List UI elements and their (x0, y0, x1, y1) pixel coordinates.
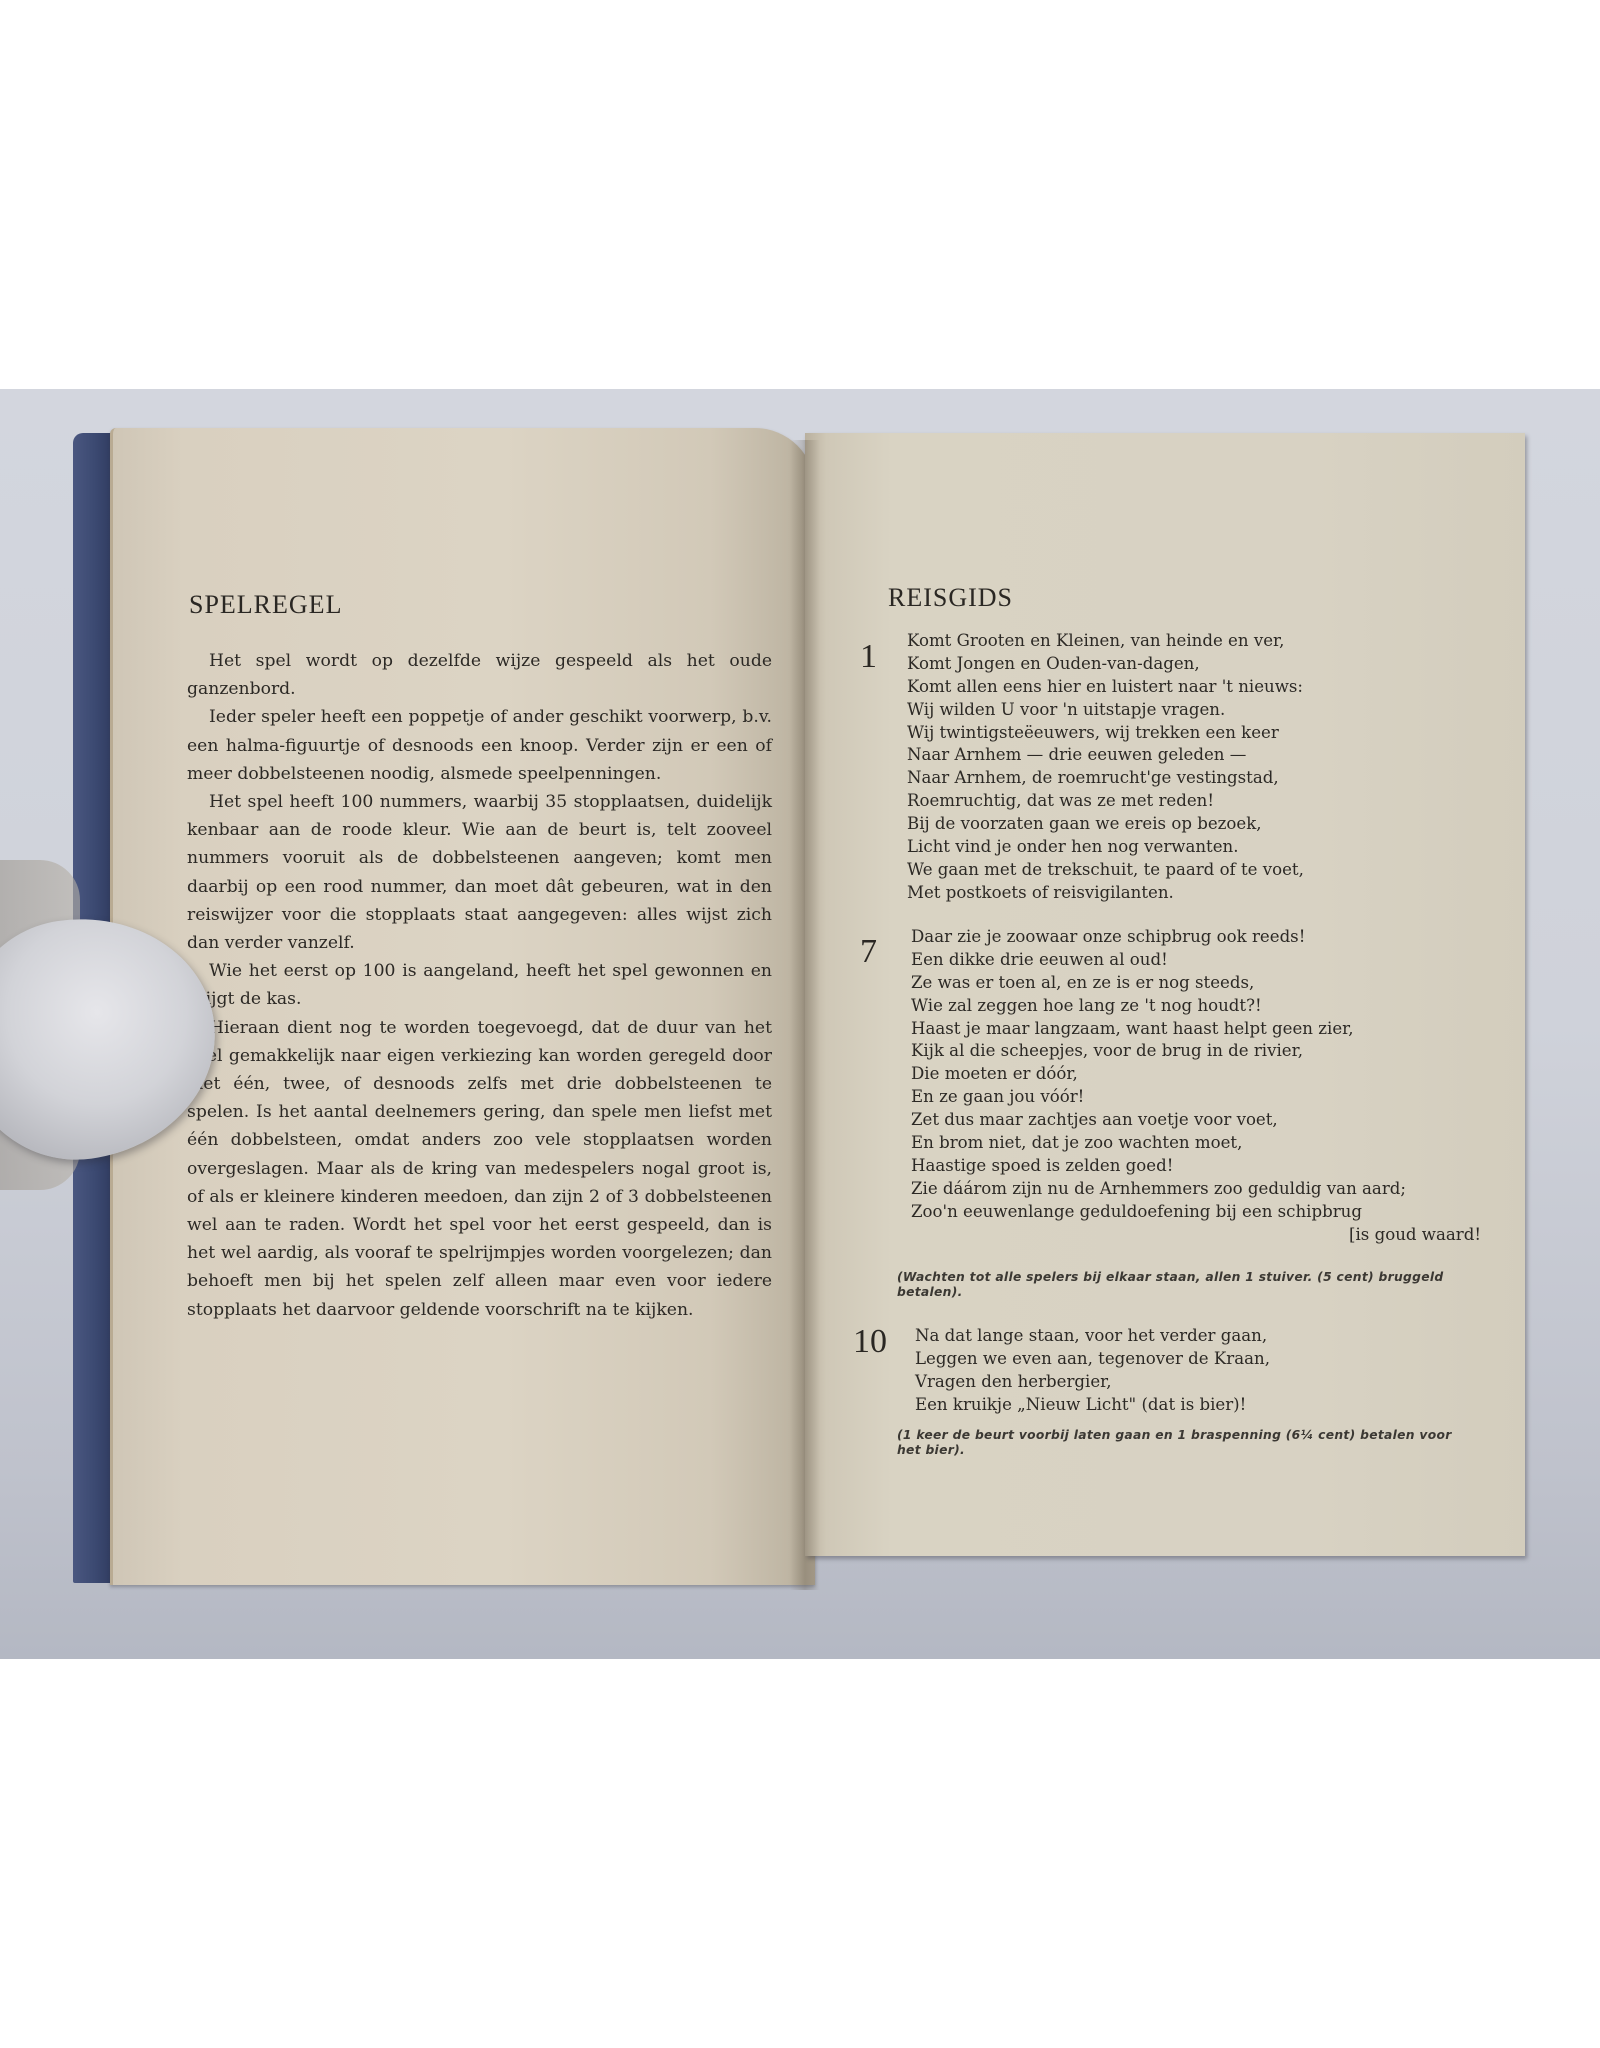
rules-paragraph: Hieraan dient nog te worden toegevoegd, … (187, 1014, 772, 1324)
verse-line: Haastige spoed is zelden goed! (911, 1155, 1481, 1178)
verse-line: Een dikke drie eeuwen al oud! (911, 949, 1481, 972)
verse-line: Zet dus maar zachtjes aan voetje voor vo… (911, 1109, 1481, 1132)
stanza-lines: Daar zie je zoowaar onze schipbrug ook r… (911, 926, 1481, 1246)
verse-line: Roemruchtig, dat was ze met reden! (907, 790, 1304, 813)
verse-line: Daar zie je zoowaar onze schipbrug ook r… (911, 926, 1481, 949)
verse-line: We gaan met de trekschuit, te paard of t… (907, 859, 1304, 882)
rules-paragraph: Het spel wordt op dezelfde wijze gespeel… (187, 647, 772, 703)
rules-text: Het spel wordt op dezelfde wijze gespeel… (187, 647, 772, 1324)
verse-line: Wij twintigsteëeuwers, wij trekken een k… (907, 722, 1304, 745)
verse-line: En brom niet, dat je zoo wachten moet, (911, 1132, 1481, 1155)
verse-line: Haast je maar langzaam, want haast helpt… (911, 1018, 1481, 1041)
verse-line: Die moeten er dóór, (911, 1063, 1481, 1086)
verse-line: Wij wilden U voor 'n uitstapje vragen. (907, 699, 1304, 722)
right-page-heading: REISGIDS (888, 583, 1013, 613)
verse-line: Met postkoets of reisvigilanten. (907, 882, 1304, 905)
right-page: REISGIDS 1 Komt Grooten en Kleinen, van … (805, 433, 1525, 1556)
verse-line: Naar Arnhem — drie eeuwen geleden — (907, 744, 1304, 767)
verse-line: Licht vind je onder hen nog verwanten. (907, 836, 1304, 859)
verse-line: Leggen we even aan, tegenover de Kraan, (915, 1348, 1270, 1371)
verse-line-continuation: [is goud waard! (911, 1224, 1481, 1247)
stanza-lines: Na dat lange staan, voor het verder gaan… (915, 1325, 1270, 1417)
rules-paragraph: Ieder speler heeft een poppetje of ander… (187, 703, 772, 788)
verse-line: Een kruikje „Nieuw Licht" (dat is bier)! (915, 1394, 1270, 1417)
rules-paragraph: Wie het eerst op 100 is aangeland, heeft… (187, 957, 772, 1013)
verse-line: En ze gaan jou vóór! (911, 1086, 1481, 1109)
stanza-note: (Wachten tot alle spelers bij elkaar sta… (897, 1270, 1477, 1300)
stanza-note: (1 keer de beurt voorbij laten gaan en 1… (897, 1428, 1477, 1458)
gutter-shadow (790, 440, 820, 1590)
verse-line: Naar Arnhem, de roemrucht'ge vestingstad… (907, 767, 1304, 790)
verse-line: Komt Grooten en Kleinen, van heinde en v… (907, 630, 1304, 653)
left-page-heading: SPELREGEL (189, 590, 342, 620)
verse-line: Zie dáárom zijn nu de Arnhemmers zoo ged… (911, 1178, 1481, 1201)
verse-line: Bij de voorzaten gaan we ereis op bezoek… (907, 813, 1304, 836)
rules-paragraph: Het spel heeft 100 nummers, waarbij 35 s… (187, 788, 772, 957)
left-page: SPELREGEL Het spel wordt op dezelfde wij… (110, 428, 815, 1585)
stanza-number: 7 (860, 933, 877, 971)
stanza-number: 10 (853, 1323, 887, 1361)
verse-line: Kijk al die scheepjes, voor de brug in d… (911, 1040, 1481, 1063)
verse-line: Vragen den herbergier, (915, 1371, 1270, 1394)
stanza-number: 1 (860, 638, 877, 676)
verse-line: Komt Jongen en Ouden-van-dagen, (907, 653, 1304, 676)
verse-line: Na dat lange staan, voor het verder gaan… (915, 1325, 1270, 1348)
stanza-lines: Komt Grooten en Kleinen, van heinde en v… (907, 630, 1304, 905)
verse-line: Ze was er toen al, en ze is er nog steed… (911, 972, 1481, 995)
verse-line: Wie zal zeggen hoe lang ze 't nog houdt?… (911, 995, 1481, 1018)
verse-line: Zoo'n eeuwenlange geduldoefening bij een… (911, 1201, 1481, 1224)
verse-line: Komt allen eens hier en luistert naar 't… (907, 676, 1304, 699)
